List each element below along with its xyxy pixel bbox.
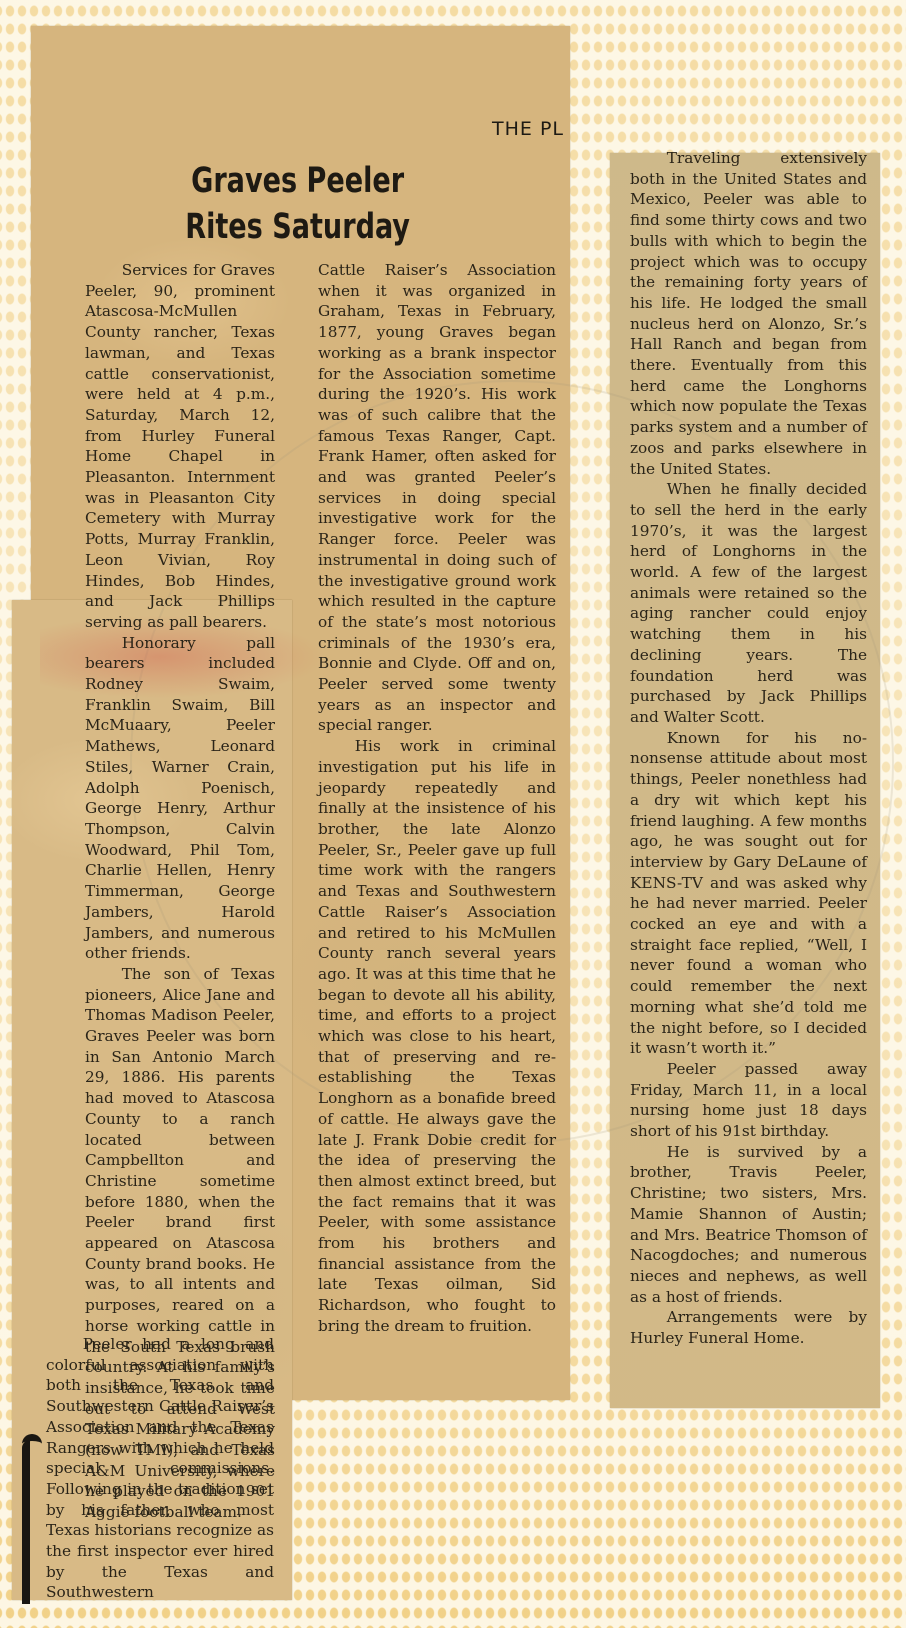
paragraph: His work in criminal investigation put h…	[318, 736, 556, 1336]
headline: Graves Peeler Rites Saturday	[160, 158, 435, 250]
article-column-2: Cattle Raiser’s Association when it was …	[318, 260, 556, 1337]
headline-line-2: Rites Saturday	[160, 204, 435, 250]
paragraph: Known for his no-nonsense attitude about…	[630, 728, 867, 1059]
paragraph: Arrangements were by Hurley Funeral Home…	[630, 1307, 867, 1348]
paragraph: Peeler had a long and colorful associati…	[46, 1334, 274, 1603]
paragraph: He is survived by a brother, Travis Peel…	[630, 1142, 867, 1308]
article-column-1-continued: Peeler had a long and colorful associati…	[46, 1334, 274, 1603]
paragraph: Services for Graves Peeler, 90, prominen…	[85, 260, 275, 633]
article-column-3: Traveling extensively both in the United…	[630, 148, 867, 1349]
paragraph: Honorary pall bearers included Rodney Sw…	[85, 633, 275, 964]
headline-line-1: Graves Peeler	[160, 158, 435, 204]
paragraph: When he finally decided to sell the herd…	[630, 479, 867, 727]
paragraph: Traveling extensively both in the United…	[630, 148, 867, 479]
paragraph: Cattle Raiser’s Association when it was …	[318, 260, 556, 736]
paragraph: Peeler passed away Friday, March 11, in …	[630, 1059, 867, 1142]
column-rule-bracket	[22, 1440, 30, 1604]
masthead: THE PL	[492, 118, 564, 140]
